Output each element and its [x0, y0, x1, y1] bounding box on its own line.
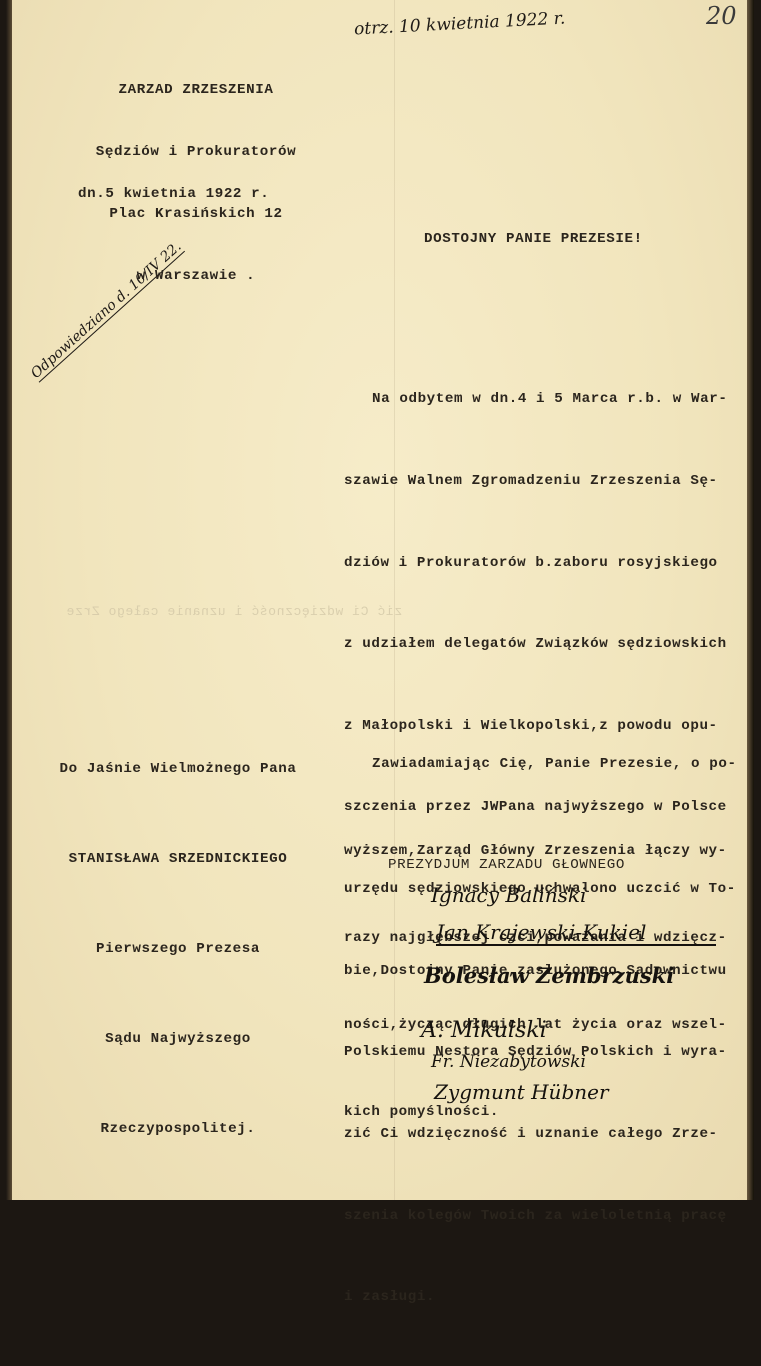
- addressee-line: Sądu Najwyższego: [28, 1024, 328, 1054]
- signature-title: PREZYDJUM ZARZADU GŁOWNEGO: [388, 857, 625, 873]
- addressee-block: Do Jaśnie Wielmożnego Pana STANISŁAWA SR…: [28, 694, 328, 1200]
- org-name: ZARZAD ZRZESZENIA: [66, 82, 326, 112]
- body-line: Zawiadamiając Cię, Panie Prezesie, o po-: [344, 750, 737, 779]
- signature: Ignacy Baliński: [431, 883, 586, 907]
- body-line: dziów i Prokuratorów b.zaboru rosyjskieg…: [344, 550, 736, 577]
- salutation: DOSTOJNY PANIE PREZESIE!: [424, 231, 643, 247]
- addressee-line: Pierwszego Prezesa: [28, 934, 328, 964]
- org-subtitle: Sędziów i Prokuratorów: [66, 144, 326, 174]
- signature: Fr. Niezabytowski: [431, 1052, 586, 1072]
- bleed-through-text: zić Ci wdzięczność i uznanie całego Zrze: [66, 604, 402, 619]
- scan-edge-left: [6, 0, 12, 1200]
- org-city: w Warszawie .: [66, 268, 326, 298]
- signature: Jan Krajewski-Kukiel: [436, 920, 716, 946]
- page-number: 20: [706, 2, 737, 30]
- signature: A. Mikulski: [421, 1018, 547, 1043]
- org-address: Plac Krasińskich 12: [66, 206, 326, 236]
- letter-page: otrz. 10 kwietnia 1922 r. 20 Odpowiedzia…: [6, 0, 754, 1200]
- letter-date: dn.5 kwietnia 1922 r.: [78, 186, 269, 202]
- scan-edge-right: [747, 0, 754, 1200]
- signature: Zygmunt Hübner: [434, 1080, 609, 1104]
- signature: Bolesław Zembrzuski: [424, 963, 674, 988]
- addressee-line: Do Jaśnie Wielmożnego Pana: [28, 754, 328, 784]
- body-line: z udziałem delegatów Związków sędziowski…: [344, 631, 736, 658]
- addressee-line: Rzeczypospolitej.: [28, 1114, 328, 1144]
- addressee-name: STANISŁAWA SRZEDNICKIEGO: [28, 844, 328, 874]
- body-line: szawie Walnem Zgromadzeniu Zrzeszenia Sę…: [344, 468, 736, 495]
- received-note: otrz. 10 kwietnia 1922 r.: [354, 8, 566, 39]
- body-line: Na odbytem w dn.4 i 5 Marca r.b. w War-: [344, 386, 736, 413]
